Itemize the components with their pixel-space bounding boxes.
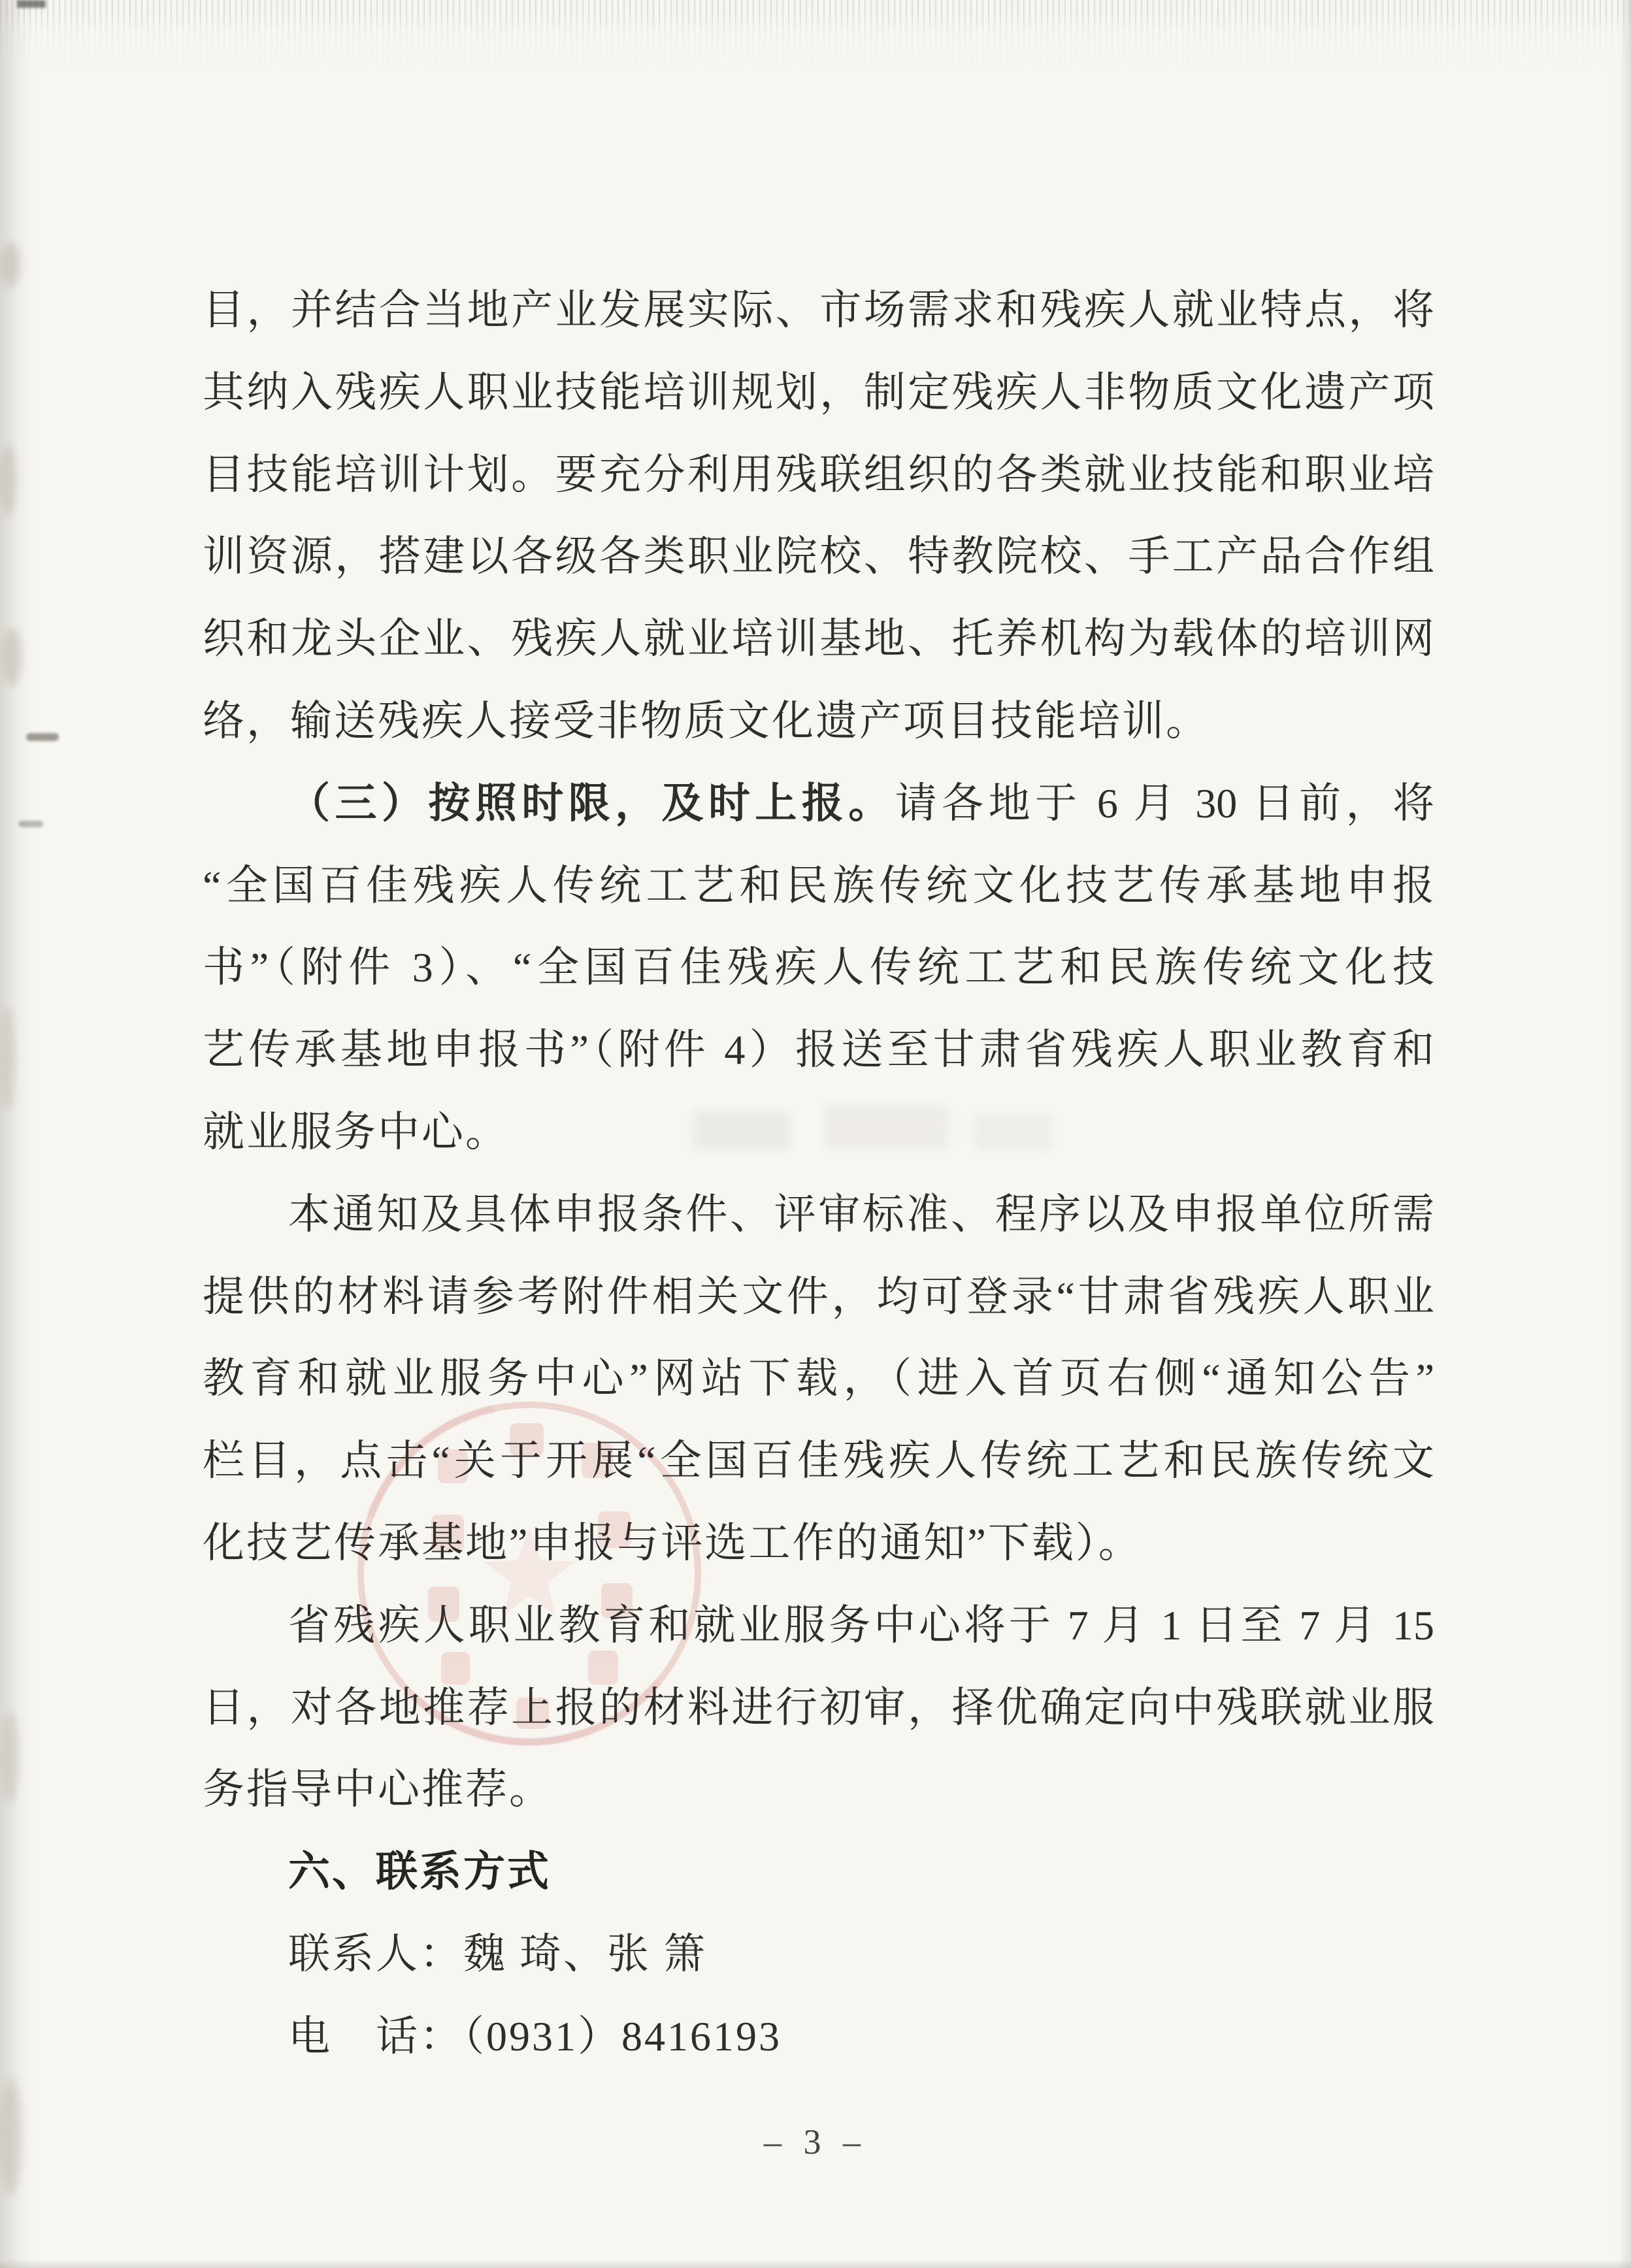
scan-artifact-smudge — [1, 242, 21, 288]
contact-person-line: 联系人：魏 琦、张 箫 — [203, 1913, 1434, 1996]
scan-artifact-smudge — [0, 1006, 16, 1111]
text-line: （三）按照时限，及时上报。请各地于 6 月 30 日前，将 — [203, 763, 1434, 845]
text-line: “全国百佳残疾人传统工艺和民族传统文化技艺传承基地申报 — [203, 845, 1434, 927]
scan-artifact-dash — [26, 733, 59, 741]
text-line: 目，并结合当地产业发展实际、市场需求和残疾人就业特点，将 — [203, 269, 1434, 352]
bold-run: （三）按照时限，及时上报。 — [288, 780, 895, 827]
text-line: 化技艺传承基地”申报与评选工作的通知”下载）。 — [203, 1502, 1434, 1585]
text-line: 其纳入残疾人职业技能培训规划，制定残疾人非物质文化遗产项 — [203, 352, 1434, 434]
text-line: 目技能培训计划。要充分利用残联组织的各类就业技能和职业培 — [203, 434, 1434, 516]
text-line: 书”（附件 3）、“全国百佳残疾人传统工艺和民族传统文化技 — [203, 927, 1434, 1009]
text-line: 栏目，点击“关于开展“全国百佳残疾人传统工艺和民族传统文 — [203, 1420, 1434, 1502]
contact-phone-line: 电 话：（0931）8416193 — [203, 1996, 1434, 2078]
scan-artifact-bottom-edge — [0, 2259, 1631, 2268]
scan-artifact-speck — [17, 0, 46, 8]
text-line: 日，对各地推荐上报的材料进行初审，择优确定向中残联就业服 — [203, 1667, 1434, 1749]
text-line: 教育和就业服务中心”网站下载，（进入首页右侧“通知公告” — [203, 1338, 1434, 1420]
scan-artifact-smudge — [3, 627, 22, 686]
text-line: 务指导中心推荐。 — [203, 1749, 1434, 1831]
document-body: 目，并结合当地产业发展实际、市场需求和残疾人就业特点，将 其纳入残疾人职业技能培… — [203, 269, 1434, 2078]
scanned-document-page: 目，并结合当地产业发展实际、市场需求和残疾人就业特点，将 其纳入残疾人职业技能培… — [0, 0, 1631, 2268]
scan-artifact-right-edge — [1619, 0, 1631, 2268]
scan-artifact-smudge — [0, 444, 17, 516]
text-line: 络，输送残疾人接受非物质文化遗产项目技能培训。 — [203, 680, 1434, 763]
scan-artifact-top-noise — [0, 0, 1631, 78]
text-line: 训资源，搭建以各级各类职业院校、特教院校、手工产品合作组 — [203, 516, 1434, 598]
text-run: 请各地于 6 月 30 日前，将 — [895, 780, 1434, 827]
scan-artifact-dash — [18, 821, 43, 827]
scan-artifact-left-edge — [0, 0, 34, 2268]
text-line: 本通知及具体申报条件、评审标准、程序以及申报单位所需 — [203, 1174, 1434, 1256]
text-line: 提供的材料请参考附件相关文件，均可登录“甘肃省残疾人职业 — [203, 1256, 1434, 1338]
text-line: 织和龙头企业、残疾人就业培训基地、托养机构为载体的培训网 — [203, 598, 1434, 680]
section-heading: 六、联系方式 — [203, 1831, 1434, 1913]
page-number: – 3 – — [0, 2122, 1631, 2161]
scan-artifact-smudge — [1, 1712, 20, 1803]
text-line: 省残疾人职业教育和就业服务中心将于 7 月 1 日至 7 月 15 — [203, 1585, 1434, 1667]
text-line: 就业服务中心。 — [203, 1091, 1434, 1174]
text-line: 艺传承基地申报书”（附件 4）报送至甘肃省残疾人职业教育和 — [203, 1009, 1434, 1091]
